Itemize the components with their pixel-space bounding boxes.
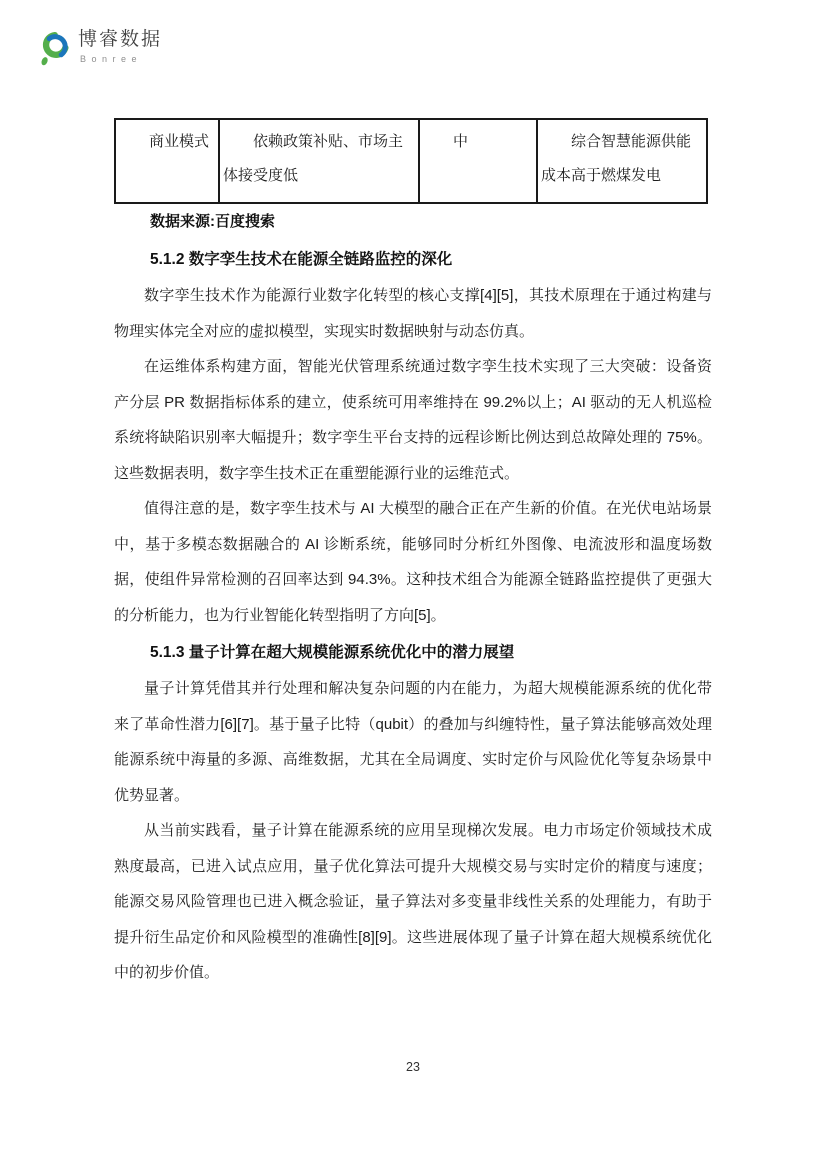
risk-assessment-table: 商业模式 依赖政策补贴、市场主体接受度低 中 综合智慧能源供能成本高于燃煤发电 <box>114 118 708 204</box>
page-footer: 23 <box>0 1060 826 1074</box>
table-cell-risk: 依赖政策补贴、市场主体接受度低 <box>219 119 419 203</box>
bonree-logo-icon <box>40 30 71 67</box>
data-source-note: 数据来源:百度搜索 <box>114 204 712 240</box>
paragraph: 在运维体系构建方面，智能光伏管理系统通过数字孪生技术实现了三大突破：设备资产分层… <box>114 349 712 491</box>
table-row: 商业模式 依赖政策补贴、市场主体接受度低 中 综合智慧能源供能成本高于燃煤发电 <box>115 119 707 203</box>
logo-name: 博睿数据 <box>78 28 162 52</box>
paragraph: 量子计算凭借其并行处理和解决复杂问题的内在能力，为超大规模能源系统的优化带来了革… <box>114 671 712 813</box>
paragraph: 从当前实践看，量子计算在能源系统的应用呈现梯次发展。电力市场定价领域技术成熟度最… <box>114 813 712 991</box>
section-heading-512: 5.1.2 数字孪生技术在能源全链路监控的深化 <box>114 242 712 278</box>
page-number: 23 <box>406 1060 420 1074</box>
page-header: 博睿数据 Bonree <box>40 28 162 67</box>
paragraph: 值得注意的是，数字孪生技术与 AI 大模型的融合正在产生新的价值。在光伏电站场景… <box>114 491 712 633</box>
section-heading-513: 5.1.3 量子计算在超大规模能源系统优化中的潜力展望 <box>114 635 712 671</box>
logo-text: 博睿数据 Bonree <box>78 28 162 65</box>
table-cell-detail: 综合智慧能源供能成本高于燃煤发电 <box>537 119 707 203</box>
table-cell-level: 中 <box>419 119 537 203</box>
table-cell-category: 商业模式 <box>115 119 219 203</box>
document-page: 博睿数据 Bonree 商业模式 依赖政策补贴、市场主体接受度低 中 综合智慧能… <box>0 0 826 1169</box>
logo-subtitle: Bonree <box>78 53 162 65</box>
document-content: 商业模式 依赖政策补贴、市场主体接受度低 中 综合智慧能源供能成本高于燃煤发电 … <box>114 118 712 991</box>
paragraph: 数字孪生技术作为能源行业数字化转型的核心支撑[4][5]，其技术原理在于通过构建… <box>114 278 712 349</box>
